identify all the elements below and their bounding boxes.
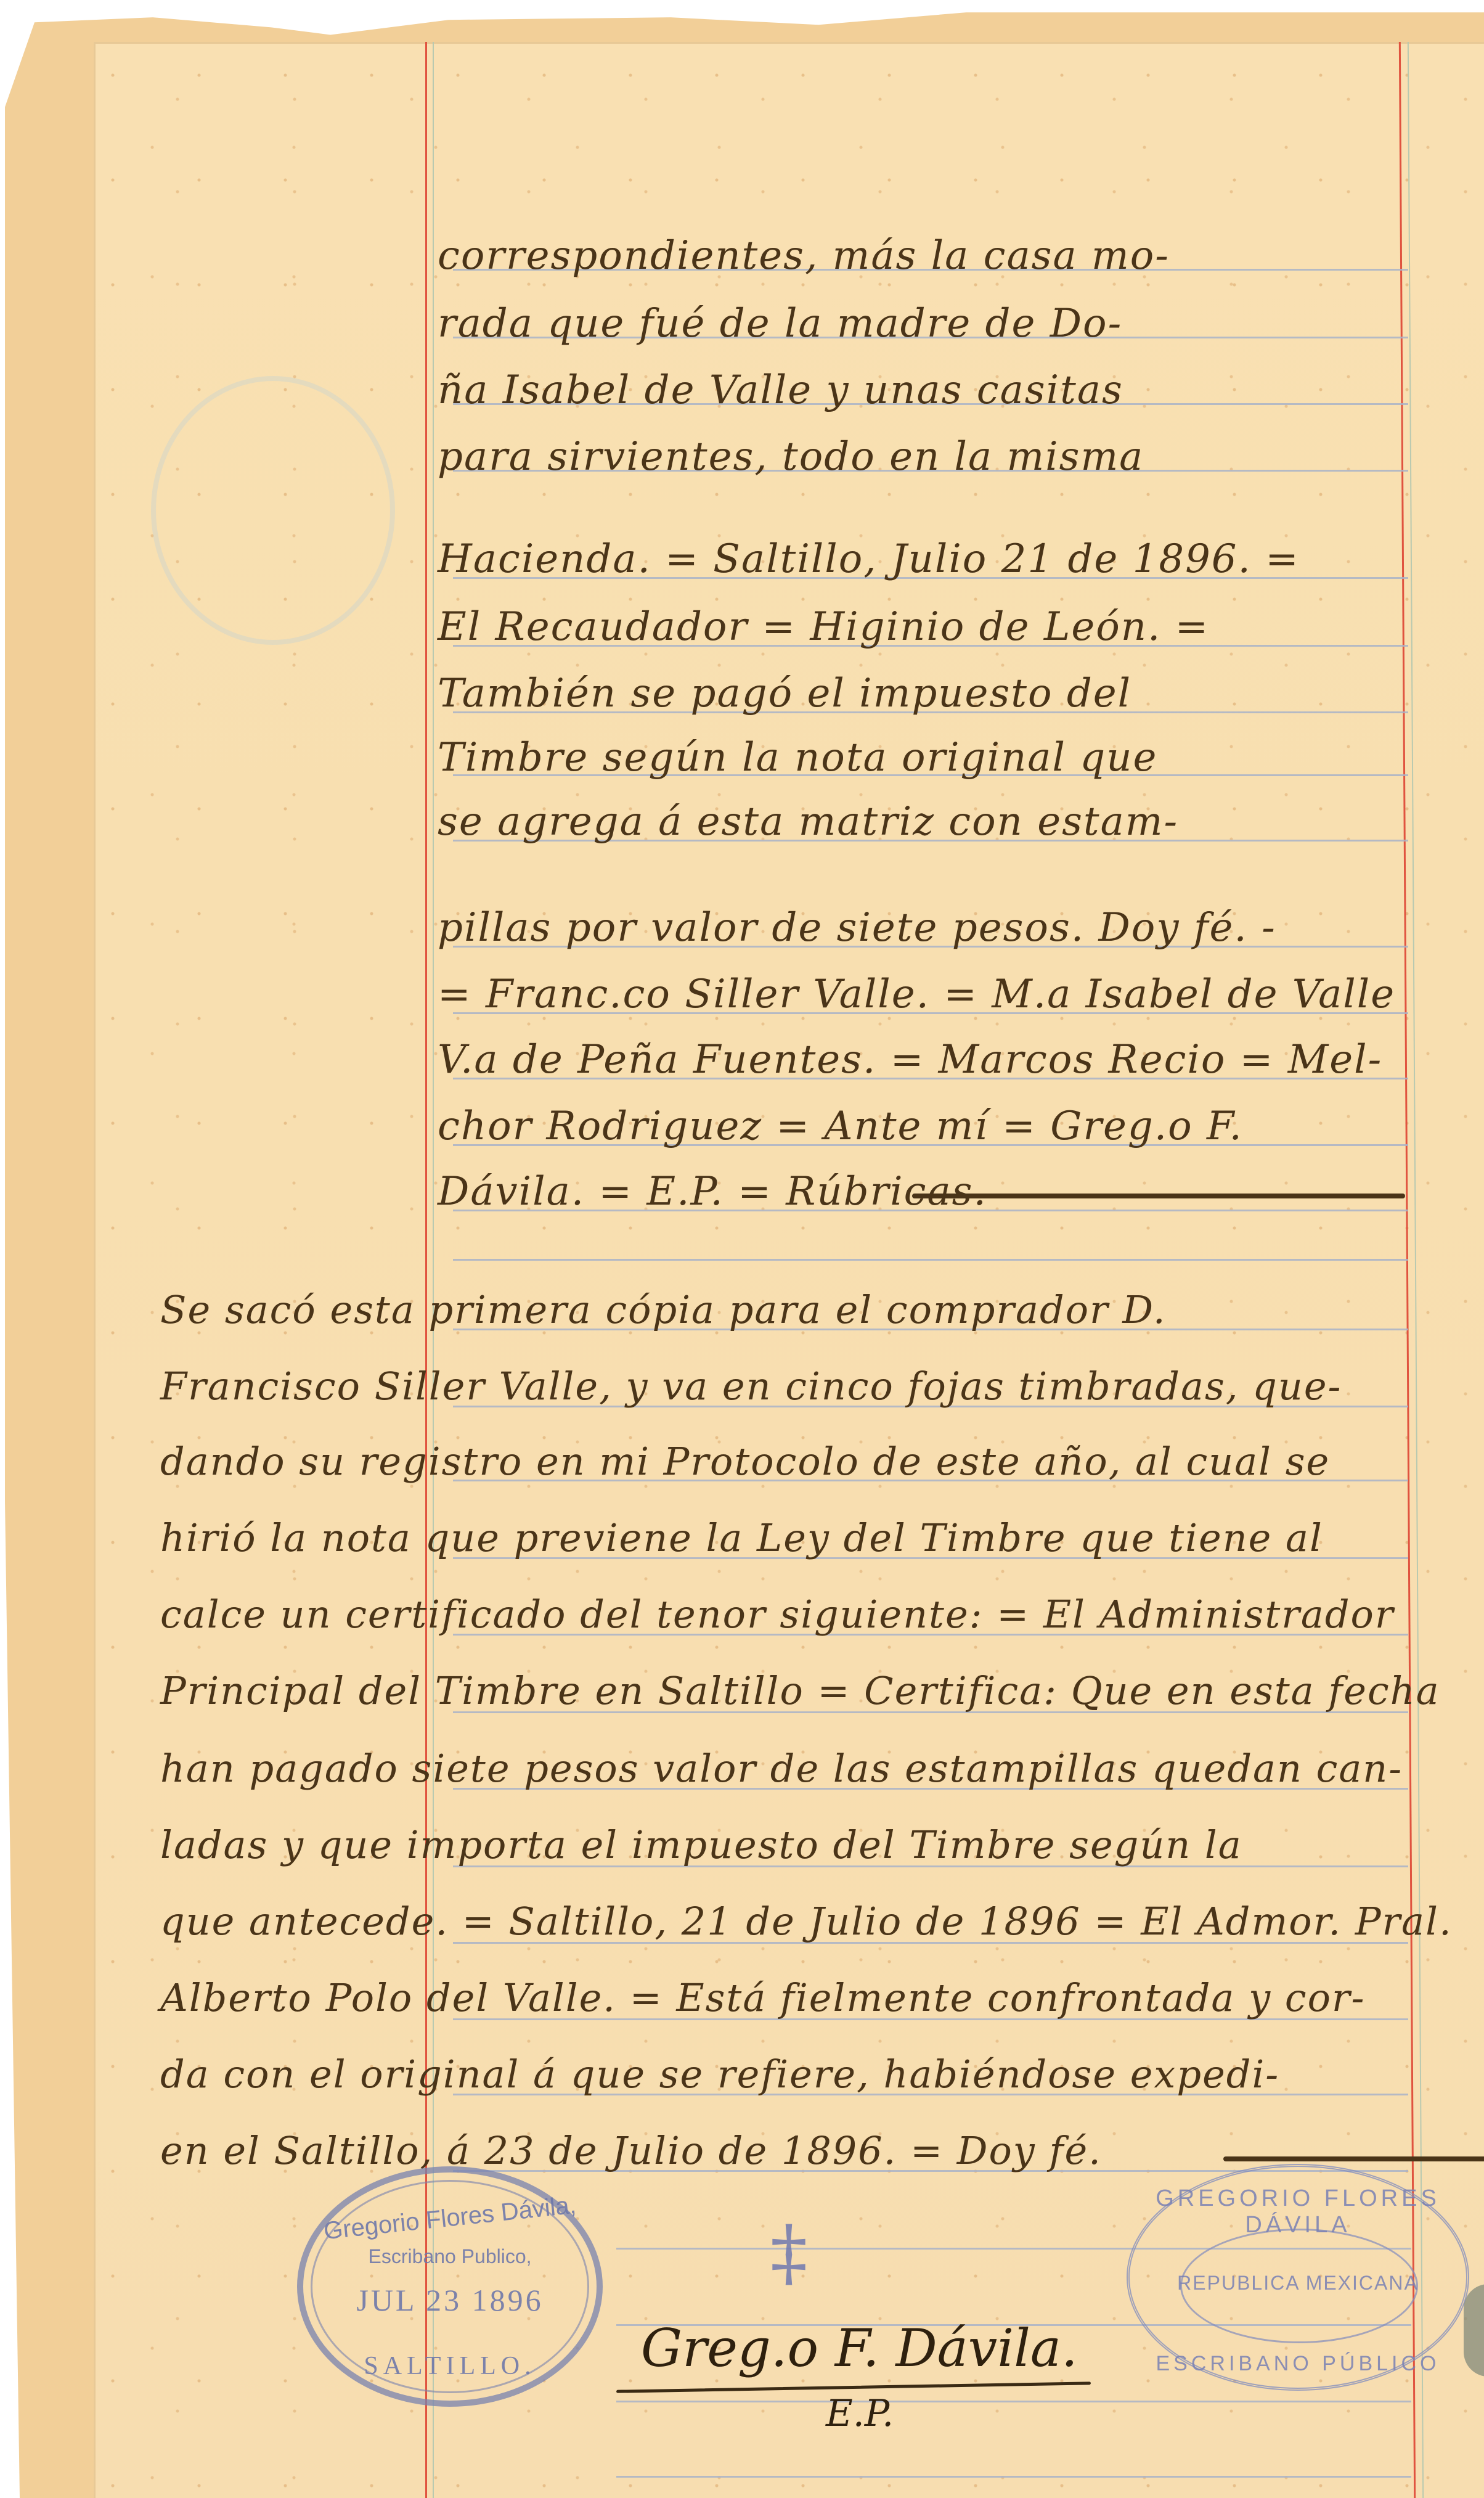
closing-flourish-line xyxy=(912,1194,1405,1198)
text-line: para sirvientes, todo en la misma xyxy=(438,434,1144,480)
embossed-seal-edge xyxy=(1464,2284,1484,2377)
text-line: V.a de Peña Fuentes. = Marcos Recio = Me… xyxy=(438,1037,1382,1083)
notary-signature: Greg.o F. Dávila. xyxy=(641,2318,1078,2378)
text-line: da con el original á que se refiere, hab… xyxy=(160,2052,1279,2097)
signature-subtitle: E.P. xyxy=(826,2392,894,2435)
seal-notary-name: GREGORIO FLORES DÁVILA xyxy=(1130,2185,1466,2238)
text-line: = Franc.co Siller Valle. = M.a Isabel de… xyxy=(438,972,1395,1017)
faded-seal-watermark xyxy=(151,376,395,645)
stamp-city: SALTILLO. xyxy=(303,2351,597,2381)
text-line: que antecede. = Saltillo, 21 de Julio de… xyxy=(160,1899,1453,1944)
text-line: se agrega á esta matriz con estam- xyxy=(438,799,1178,845)
closing-flourish-line xyxy=(1223,2156,1484,2161)
text-line: Francisco Siller Valle, y va en cinco fo… xyxy=(160,1364,1342,1409)
text-line: El Recaudador = Higinio de León. = xyxy=(438,604,1209,650)
text-line: han pagado siete pesos valor de las esta… xyxy=(160,1746,1403,1791)
text-line: ña Isabel de Valle y unas casitas xyxy=(438,367,1123,413)
text-line: Dávila. = E.P. = Rúbricas. xyxy=(438,1169,987,1214)
text-line: en el Saltillo, á 23 de Julio de 1896. =… xyxy=(160,2128,1102,2173)
text-line: correspondientes, más la casa mo- xyxy=(438,233,1170,279)
text-line: pillas por valor de siete pesos. Doy fé.… xyxy=(438,905,1276,951)
text-line: Alberto Polo del Valle. = Está fielmente… xyxy=(160,1975,1365,2020)
seal-notary-title: ESCRIBANO PÚBLICO xyxy=(1130,2352,1466,2376)
stamp-notary-title: Escribano Publico, xyxy=(303,2245,597,2268)
text-line: Timbre según la nota original que xyxy=(438,735,1157,780)
seal-country: REPUBLICA MEXICANA xyxy=(1130,2272,1466,2295)
text-line: chor Rodriguez = Ante mí = Greg.o F. xyxy=(438,1104,1243,1149)
text-line: hirió la nota que previene la Ley del Ti… xyxy=(160,1515,1323,1560)
text-line: dando su registro en mi Protocolo de est… xyxy=(160,1439,1330,1484)
text-line: También se pagó el impuesto del xyxy=(438,671,1131,716)
notary-date-stamp: Gregorio Flores Dávila, Escribano Public… xyxy=(297,2166,603,2407)
text-line: Principal del Timbre en Saltillo = Certi… xyxy=(160,1668,1440,1713)
text-line: Hacienda. = Saltillo, Julio 21 de 1896. … xyxy=(438,536,1300,582)
text-line: rada que fué de la madre de Do- xyxy=(438,301,1122,346)
text-line: calce un certificado del tenor siguiente… xyxy=(160,1592,1395,1637)
text-line: ladas y que importa el impuesto del Timb… xyxy=(160,1822,1242,1867)
notary-official-seal: GREGORIO FLORES DÁVILA REPUBLICA MEXICAN… xyxy=(1127,2164,1469,2391)
stamp-date: JUL 23 1896 xyxy=(303,2282,597,2318)
text-line: Se sacó esta primera cópia para el compr… xyxy=(160,1287,1167,1332)
